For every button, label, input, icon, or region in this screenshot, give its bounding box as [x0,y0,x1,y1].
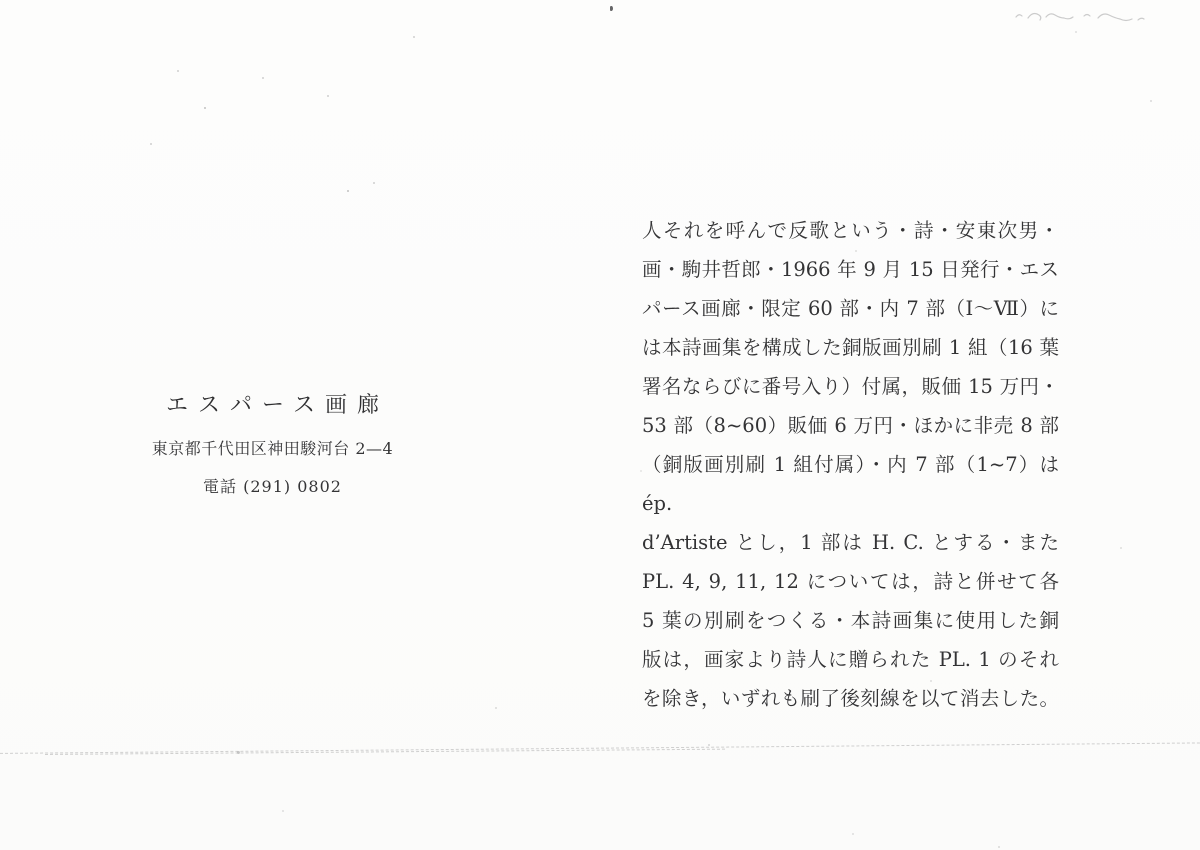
speck [237,751,240,754]
speck [930,680,932,682]
colophon-line: 53 部（8~60）販価 6 万円・ほかに非売 8 部 [642,406,1059,445]
colophon-line: PL. 4, 9, 11, 12 については，詩と併せて各 [642,562,1059,601]
speck [495,707,497,709]
speck [373,182,375,184]
gallery-phone: 電話 (291) 0802 [150,474,395,497]
fold-crease-line [0,742,1200,754]
speck [708,744,710,746]
colophon-line: を除き，いずれも刷了後刻線を以て消去した。 [642,679,1059,718]
colophon-line: （銅版画別刷 1 組付属）・内 7 部（1~7）は ép. [642,445,1059,523]
scan-speck [610,6,613,11]
colophon-line: 人それを呼んで反歌という・詩・安東次男・ [642,211,1059,250]
pencil-scribble [1012,4,1162,30]
gallery-imprint-block: エスパース画廊 東京都千代田区神田駿河台 2—4 電話 (291) 0802 [150,388,395,497]
speck [640,470,642,472]
speck [150,143,152,145]
speck [1150,100,1152,102]
colophon-line: 5 葉の別刷をつくる・本詩画集に使用した銅 [642,601,1059,640]
colophon-line: 署名ならびに番号入り）付属，販価 15 万円・ [642,367,1059,406]
gallery-address: 東京都千代田区神田駿河台 2—4 [150,436,395,459]
speck [282,810,284,812]
colophon-line: パース画廊・限定 60 部・内 7 部（Ⅰ～Ⅶ）に [642,289,1059,328]
gallery-name: エスパース画廊 [150,388,395,419]
colophon-line: は本詩画集を構成した銅版画別刷 1 組（16 葉 [642,328,1059,367]
speck [998,846,1000,848]
speck [413,36,415,38]
colophon-text-block: 人それを呼んで反歌という・詩・安東次男・ 画・駒井哲郎・1966 年 9 月 1… [642,211,1059,718]
speck [347,190,349,192]
colophon-line: d’Artiste とし，1 部は H. C. とする・また [642,523,1059,562]
fold-crease-line [45,749,725,755]
speck [327,95,329,97]
speck [1120,547,1122,549]
speck [855,250,857,252]
scanned-colophon-page: エスパース画廊 東京都千代田区神田駿河台 2—4 電話 (291) 0802 人… [0,0,1200,850]
colophon-line: 版は，画家より詩人に贈られた PL. 1 のそれ [642,640,1059,679]
speck [262,77,264,79]
speck [177,70,179,72]
colophon-line: 画・駒井哲郎・1966 年 9 月 15 日発行・エス [642,250,1059,289]
speck [1075,31,1077,33]
speck [204,107,206,109]
speck [852,833,854,835]
